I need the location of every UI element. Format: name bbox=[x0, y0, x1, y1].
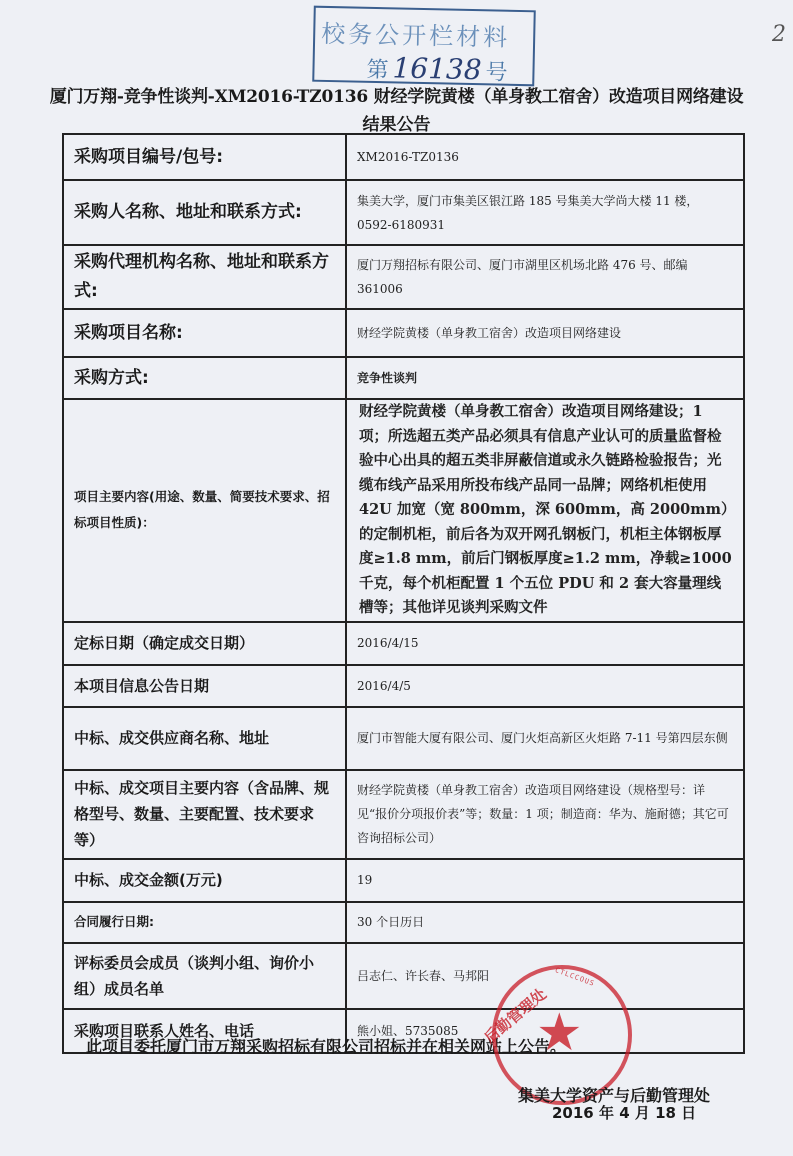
row-label: 采购人名称、地址和联系方式: bbox=[63, 180, 346, 245]
table-row: 中标、成交供应商名称、地址 厦门市智能大厦有限公司、厦门火炬高新区火炬路 7-1… bbox=[63, 707, 744, 770]
row-label: 采购项目编号/包号: bbox=[63, 134, 346, 180]
row-label: 中标、成交项目主要内容（含品牌、规格型号、数量、主要配置、技术要求等） bbox=[63, 770, 346, 859]
row-label: 合同履行日期: bbox=[63, 902, 346, 943]
page-number-handwritten: 2 bbox=[772, 22, 786, 47]
table-row: 采购项目名称: 财经学院黄楼（单身教工宿舍）改造项目网络建设 bbox=[63, 309, 744, 357]
table-row: 中标、成交项目主要内容（含品牌、规格型号、数量、主要配置、技术要求等） 财经学院… bbox=[63, 770, 744, 859]
row-value: 吕志仁、许长春、马邦阳 bbox=[346, 943, 744, 1009]
row-value: 30 个日历日 bbox=[346, 902, 744, 943]
row-label: 采购项目名称: bbox=[63, 309, 346, 357]
row-label: 定标日期（确定成交日期） bbox=[63, 622, 346, 665]
row-value: 厦门万翔招标有限公司、厦门市湖里区机场北路 476 号、邮编 361006 bbox=[346, 245, 744, 309]
row-value: 财经学院黄楼（单身教工宿舍）改造项目网络建设；1 项；所选超五类产品必须具有信息… bbox=[346, 399, 744, 622]
row-label: 评标委员会成员（谈判小组、询价小组）成员名单 bbox=[63, 943, 346, 1009]
table-row: 采购项目编号/包号: XM2016-TZ0136 bbox=[63, 134, 744, 180]
row-value: 19 bbox=[346, 859, 744, 902]
table-row: 定标日期（确定成交日期） 2016/4/15 bbox=[63, 622, 744, 665]
table-row: 中标、成交金额(万元) 19 bbox=[63, 859, 744, 902]
row-label: 采购代理机构名称、地址和联系方式: bbox=[63, 245, 346, 309]
table-row: 项目主要内容(用途、数量、简要技术要求、招标项目性质)： 财经学院黄楼（单身教工… bbox=[63, 399, 744, 622]
row-label: 项目主要内容(用途、数量、简要技术要求、招标项目性质)： bbox=[63, 399, 346, 622]
table-row: 本项目信息公告日期 2016/4/5 bbox=[63, 665, 744, 707]
archive-stamp-handwritten-number: 16138 bbox=[392, 51, 482, 86]
table-row: 采购人名称、地址和联系方式: 集美大学，厦门市集美区银江路 185 号集美大学尚… bbox=[63, 180, 744, 245]
row-label: 中标、成交金额(万元) bbox=[63, 859, 346, 902]
row-value: 财经学院黄楼（单身教工宿舍）改造项目网络建设（规格型号：详见“报价分项报价表”等… bbox=[346, 770, 744, 859]
table-row: 评标委员会成员（谈判小组、询价小组）成员名单 吕志仁、许长春、马邦阳 bbox=[63, 943, 744, 1009]
archive-stamp: 校务公开栏材料 第16138号 bbox=[312, 6, 536, 87]
row-value: 厦门市智能大厦有限公司、厦门火炬高新区火炬路 7-11 号第四层东侧 bbox=[346, 707, 744, 770]
signing-date: 2016 年 4 月 18 日 bbox=[552, 1102, 696, 1123]
row-value: 2016/4/15 bbox=[346, 622, 744, 665]
table-row: 采购方式: 竞争性谈判 bbox=[63, 357, 744, 399]
result-table: 采购项目编号/包号: XM2016-TZ0136 采购人名称、地址和联系方式: … bbox=[62, 133, 745, 1054]
footer-note: 此项目委托厦门市万翔采购招标有限公司招标并在相关网站上公告。 bbox=[86, 1034, 566, 1057]
row-value: 2016/4/5 bbox=[346, 665, 744, 707]
table-row: 采购代理机构名称、地址和联系方式: 厦门万翔招标有限公司、厦门市湖里区机场北路 … bbox=[63, 245, 744, 309]
archive-stamp-title: 校务公开栏材料 bbox=[321, 14, 511, 53]
row-label: 采购方式: bbox=[63, 357, 346, 399]
document-subtitle: 结果公告 bbox=[0, 110, 793, 135]
row-value: XM2016-TZ0136 bbox=[346, 134, 744, 180]
archive-stamp-prefix: 第 bbox=[366, 58, 389, 83]
row-value: 竞争性谈判 bbox=[346, 357, 744, 399]
row-label: 本项目信息公告日期 bbox=[63, 665, 346, 707]
row-label: 中标、成交供应商名称、地址 bbox=[63, 707, 346, 770]
table-row: 合同履行日期: 30 个日历日 bbox=[63, 902, 744, 943]
row-value: 集美大学，厦门市集美区银江路 185 号集美大学尚大楼 11 楼，0592-61… bbox=[346, 180, 744, 245]
row-value: 财经学院黄楼（单身教工宿舍）改造项目网络建设 bbox=[346, 309, 744, 357]
document-title: 厦门万翔-竞争性谈判-XM2016-TZ0136 财经学院黄楼（单身教工宿舍）改… bbox=[40, 82, 753, 107]
